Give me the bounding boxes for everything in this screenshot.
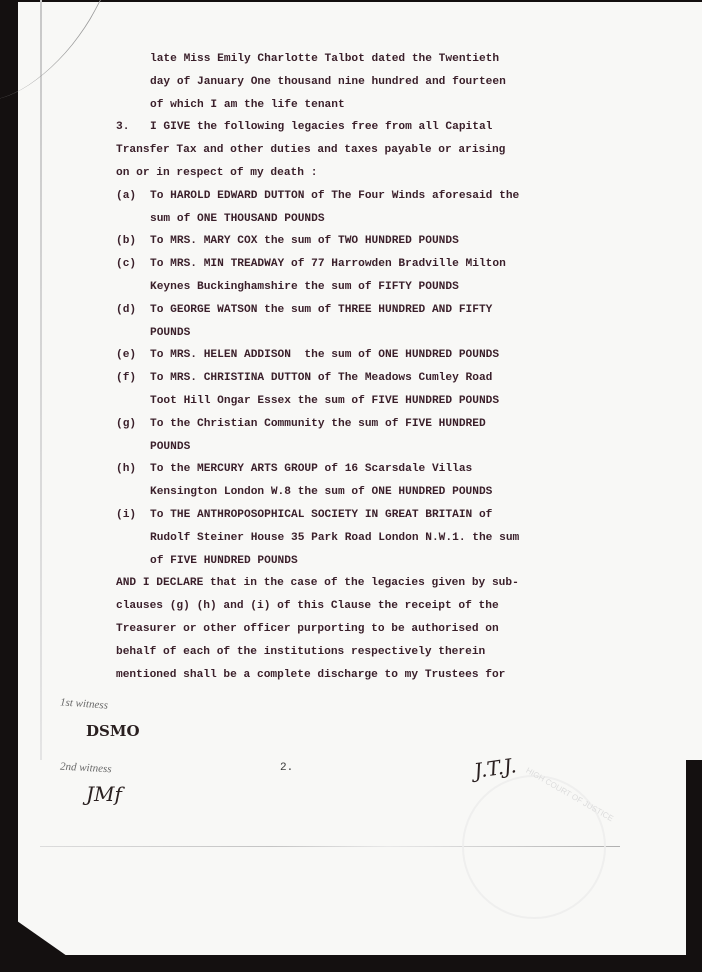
legacy-text: of FIVE HUNDRED POUNDS — [150, 550, 298, 573]
legacy-text: To the MERCURY ARTS GROUP of 16 Scarsdal… — [150, 458, 472, 481]
legacies-list: (a)To HAROLD EDWARD DUTTON of The Four W… — [116, 185, 556, 573]
legacy-label: (h) — [116, 458, 150, 481]
legacy-item: POUNDS — [116, 322, 556, 345]
clause-line: on or in respect of my death : — [116, 162, 556, 185]
declaration-line: behalf of each of the institutions respe… — [116, 641, 556, 664]
legacy-item: (i)To THE ANTHROPOSOPHICAL SOCIETY IN GR… — [116, 504, 556, 527]
scan-border-right — [686, 760, 702, 972]
legacy-text: Kensington London W.8 the sum of ONE HUN… — [150, 481, 492, 504]
declaration-line: AND I DECLARE that in the case of the le… — [116, 572, 556, 595]
legacy-item: (d)To GEORGE WATSON the sum of THREE HUN… — [116, 299, 556, 322]
legacy-label — [116, 322, 150, 345]
legacy-label: (f) — [116, 367, 150, 390]
clause-3: 3. I GIVE the following legacies free fr… — [116, 116, 556, 139]
court-seal-embossing — [462, 775, 606, 919]
legacy-label — [116, 550, 150, 573]
legacy-label — [116, 481, 150, 504]
continuation-line: of which I am the life tenant — [116, 94, 556, 117]
legacy-text: POUNDS — [150, 436, 190, 459]
legacy-text: To the Christian Community the sum of FI… — [150, 413, 486, 436]
legacy-text: POUNDS — [150, 322, 190, 345]
page-fold-line — [40, 0, 42, 760]
scan-border-bottom — [0, 955, 702, 972]
legacy-item: POUNDS — [116, 436, 556, 459]
legacy-text: Rudolf Steiner House 35 Park Road London… — [150, 527, 519, 550]
witness2-signature: JMf — [86, 782, 122, 806]
page-number: 2. — [280, 762, 293, 774]
legacy-item: (h)To the MERCURY ARTS GROUP of 16 Scars… — [116, 458, 556, 481]
legacy-label — [116, 208, 150, 231]
legacy-label: (a) — [116, 185, 150, 208]
witness1-signature: DSMO — [86, 722, 140, 740]
declaration-line: mentioned shall be a complete discharge … — [116, 664, 556, 687]
legacy-item: (f)To MRS. CHRISTINA DUTTON of The Meado… — [116, 367, 556, 390]
legacy-item: (a)To HAROLD EDWARD DUTTON of The Four W… — [116, 185, 556, 208]
legacy-label: (g) — [116, 413, 150, 436]
legacy-item: Rudolf Steiner House 35 Park Road London… — [116, 527, 556, 550]
clause-line: Transfer Tax and other duties and taxes … — [116, 139, 556, 162]
declaration-line: Treasurer or other officer purporting to… — [116, 618, 556, 641]
legacy-item: sum of ONE THOUSAND POUNDS — [116, 208, 556, 231]
legacy-label: (i) — [116, 504, 150, 527]
declaration-line: clauses (g) (h) and (i) of this Clause t… — [116, 595, 556, 618]
legacy-text: To MRS. CHRISTINA DUTTON of The Meadows … — [150, 367, 492, 390]
legacy-item: Kensington London W.8 the sum of ONE HUN… — [116, 481, 556, 504]
legacy-label — [116, 390, 150, 413]
legacy-text: To MRS. MARY COX the sum of TWO HUNDRED … — [150, 230, 459, 253]
legacy-text: To GEORGE WATSON the sum of THREE HUNDRE… — [150, 299, 492, 322]
clause-line: I GIVE the following legacies free from … — [150, 116, 492, 139]
legacy-item: Keynes Buckinghamshire the sum of FIFTY … — [116, 276, 556, 299]
clause-number: 3. — [116, 116, 150, 139]
legacy-label: (d) — [116, 299, 150, 322]
legacy-item: Toot Hill Ongar Essex the sum of FIVE HU… — [116, 390, 556, 413]
legacy-text: To THE ANTHROPOSOPHICAL SOCIETY IN GREAT… — [150, 504, 492, 527]
legacy-item: (g)To the Christian Community the sum of… — [116, 413, 556, 436]
legacy-text: sum of ONE THOUSAND POUNDS — [150, 208, 325, 231]
legacy-item: (c)To MRS. MIN TREADWAY of 77 Harrowden … — [116, 253, 556, 276]
continuation-line: late Miss Emily Charlotte Talbot dated t… — [116, 48, 556, 71]
legacy-item: (b)To MRS. MARY COX the sum of TWO HUNDR… — [116, 230, 556, 253]
legacy-item: of FIVE HUNDRED POUNDS — [116, 550, 556, 573]
legacy-label: (b) — [116, 230, 150, 253]
legacy-label — [116, 527, 150, 550]
will-text: late Miss Emily Charlotte Talbot dated t… — [116, 48, 556, 686]
legacy-label — [116, 276, 150, 299]
legacy-text: Toot Hill Ongar Essex the sum of FIVE HU… — [150, 390, 499, 413]
continuation-line: day of January One thousand nine hundred… — [116, 71, 556, 94]
legacy-text: To HAROLD EDWARD DUTTON of The Four Wind… — [150, 185, 519, 208]
legacy-label — [116, 436, 150, 459]
legacy-text: To MRS. HELEN ADDISON the sum of ONE HUN… — [150, 344, 499, 367]
legacy-label: (e) — [116, 344, 150, 367]
legacy-text: Keynes Buckinghamshire the sum of FIFTY … — [150, 276, 459, 299]
legacy-text: To MRS. MIN TREADWAY of 77 Harrowden Bra… — [150, 253, 506, 276]
scan-border-left — [0, 0, 18, 972]
legacy-item: (e)To MRS. HELEN ADDISON the sum of ONE … — [116, 344, 556, 367]
legacy-label: (c) — [116, 253, 150, 276]
